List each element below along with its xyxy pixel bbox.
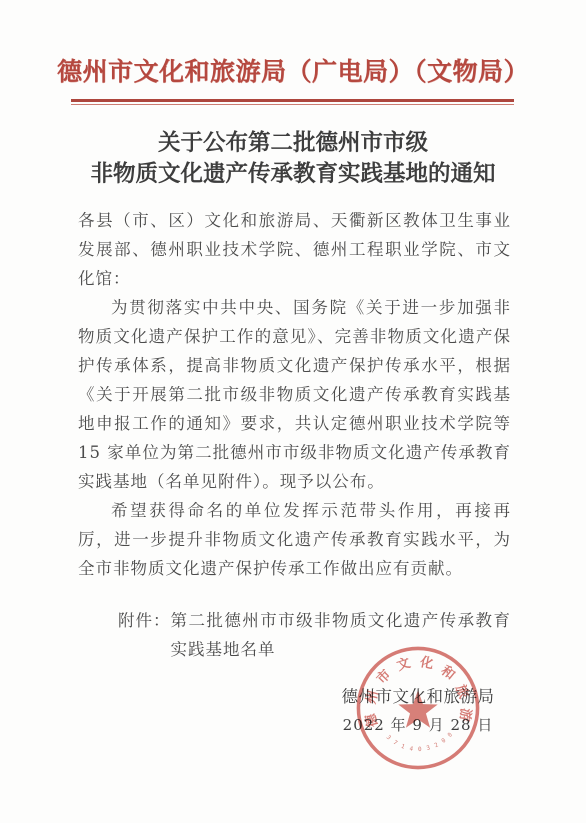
letterhead-double-rule [71, 99, 514, 105]
attachment-label: 附件： [118, 606, 171, 664]
document-title-line1: 关于公布第二批德州市市级 [0, 128, 586, 159]
body-paragraph-2: 希望获得命名的单位发挥示范带头作用，再接再厉，进一步提升非物质文化遗产传承教育实… [78, 496, 511, 583]
document-title: 关于公布第二批德州市市级 非物质文化遗产传承教育实践基地的通知 [0, 128, 586, 190]
letterhead-org-name: 德州市文化和旅游局（广电局）（文物局） [0, 52, 586, 88]
document-page: 德州市文化和旅游局（广电局）（文物局） 关于公布第二批德州市市级 非物质文化遗产… [0, 0, 586, 823]
body-paragraph-1: 为贯彻落实中共中央、国务院《关于进一步加强非物质文化遗产保护工作的意见》、完善非… [78, 293, 511, 496]
official-seal: 德州市文化和旅游局 3714032002990 [354, 644, 482, 772]
rule-thin-line [71, 104, 514, 106]
rule-thick-line [71, 99, 514, 102]
document-title-line2: 非物质文化遗产传承教育实践基地的通知 [0, 159, 586, 190]
addressee-paragraph: 各县（市、区）文化和旅游局、天衢新区教体卫生事业发展部、德州职业技术学院、德州工… [78, 206, 511, 293]
document-body: 各县（市、区）文化和旅游局、天衢新区教体卫生事业发展部、德州职业技术学院、德州工… [78, 206, 511, 664]
red-star-icon [398, 690, 437, 727]
